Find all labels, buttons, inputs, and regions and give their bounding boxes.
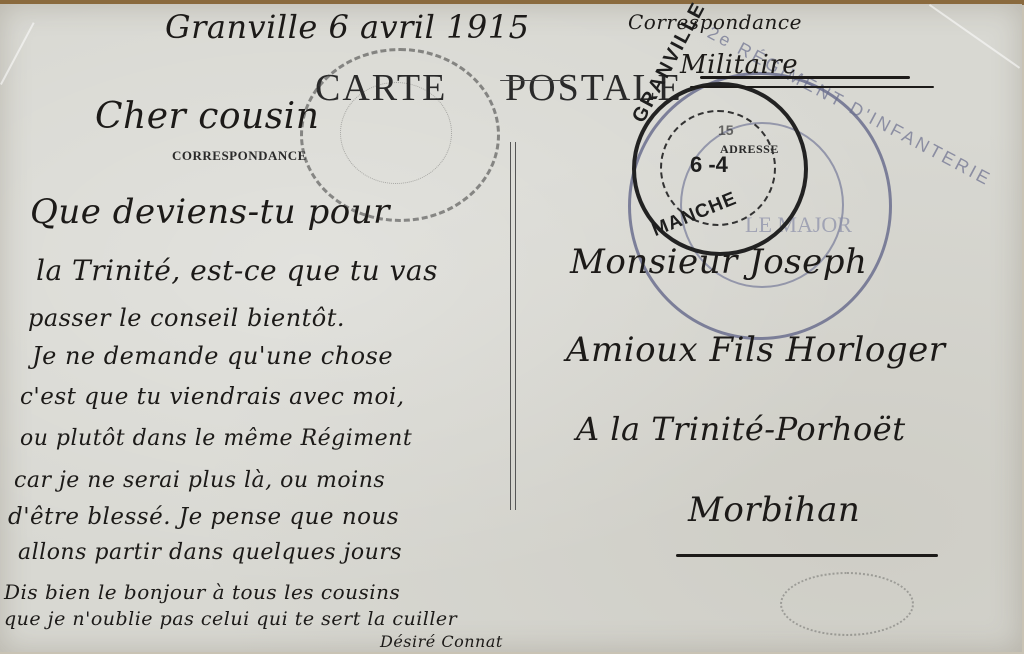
address-line: A la Trinité-Porhoët (576, 410, 906, 448)
message-line: Que deviens-tu pour (30, 192, 390, 232)
address-line: Amioux Fils Horloger (566, 330, 945, 370)
signature: Désiré Connat (380, 632, 503, 651)
message-line: allons partir dans quelques jours (18, 540, 402, 565)
militaire-underline (700, 76, 910, 79)
postmark-granville-date: 6 -4 (690, 152, 728, 178)
address-line: Morbihan (688, 490, 860, 530)
message-line: Dis bien le bonjour à tous les cousins (4, 580, 400, 604)
message-line: la Trinité, est-ce que tu vas (36, 254, 438, 287)
message-line: d'être blessé. Je pense que nous (8, 504, 399, 530)
address-line: Monsieur Joseph (570, 242, 867, 282)
message-line: car je ne serai plus là, ou moins (14, 468, 385, 493)
header-rule (500, 80, 570, 81)
address-underline (676, 554, 938, 557)
message-line: que je n'oublie pas celui qui te sert la… (4, 608, 457, 630)
label-correspondance: CORRESPONDANCE (172, 148, 307, 164)
paper-crease (0, 22, 35, 85)
postcard: CARTE POSTALE CORRESPONDANCE ADRESSE 2e … (0, 4, 1022, 652)
paper-crease (929, 4, 1020, 69)
message-line: passer le conseil bientôt. (28, 304, 345, 332)
message-line: Je ne demande qu'une chose (32, 342, 393, 370)
dateline: Granville 6 avril 1915 (165, 8, 530, 46)
postale-strike (690, 86, 934, 88)
center-divider (510, 142, 516, 510)
postmark-granville-mid: 15 (718, 122, 734, 138)
postmark-faded-inner (340, 82, 452, 184)
annotation-correspondance: Correspondance (628, 10, 802, 34)
salutation: Cher cousin (95, 96, 319, 137)
message-line: c'est que tu viendrais avec moi, (20, 384, 405, 410)
message-line: ou plutôt dans le même Régiment (20, 426, 412, 451)
faded-smudge (780, 572, 914, 636)
